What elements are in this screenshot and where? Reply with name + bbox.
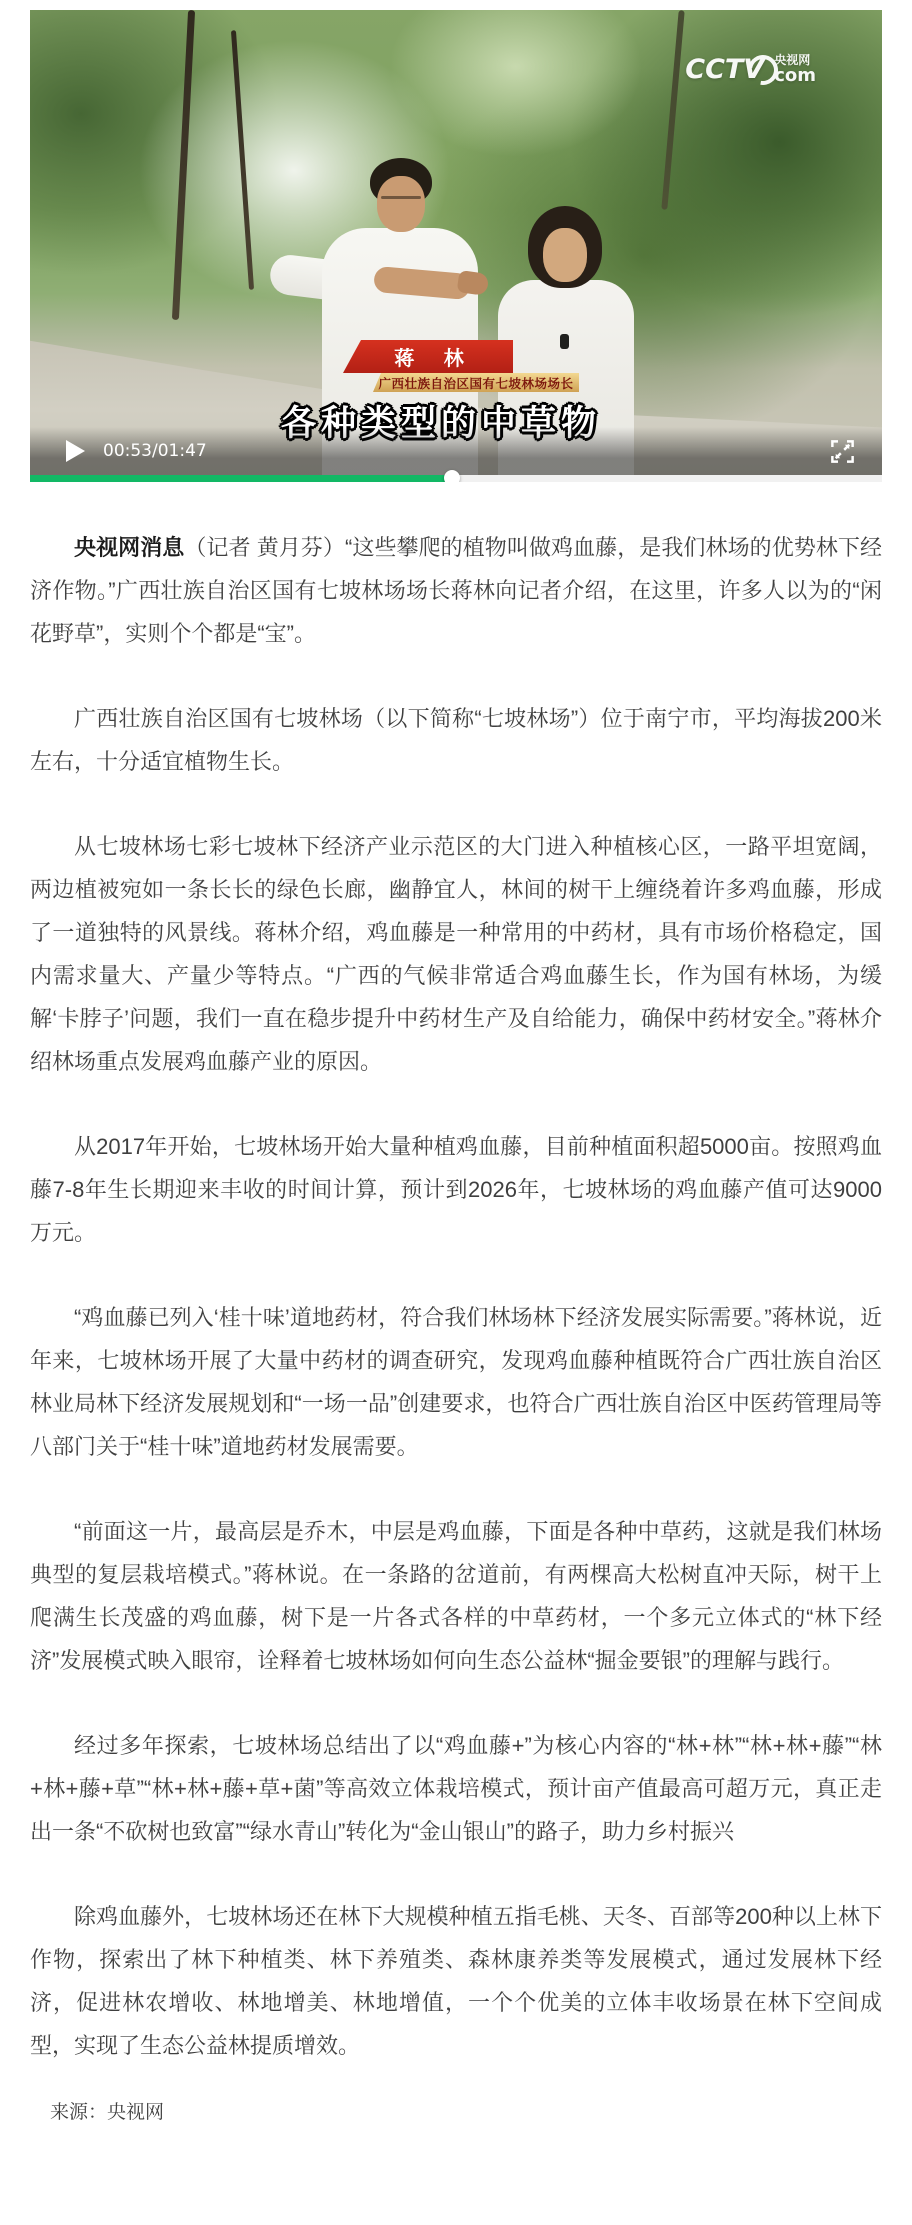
play-button[interactable] — [66, 440, 85, 462]
speaker-name-tag: 蒋 林 广西壮族自治区国有七坡林场场长 — [343, 340, 579, 392]
speaker-face — [377, 176, 425, 232]
time-display: 00:53/01:47 — [103, 441, 207, 461]
progress-handle[interactable] — [444, 470, 460, 482]
paragraph: “前面这一片，最高层是乔木，中层是鸡血藤，下面是各种中草药，这就是我们林场典型的… — [30, 1510, 882, 1682]
speaker-title: 广西壮族自治区国有七坡林场场长 — [373, 373, 579, 392]
paragraph: “鸡血藤已列入‘桂十味’道地药材，符合我们林场林下经济发展实际需要。”蒋林说，近… — [30, 1296, 882, 1468]
paragraph: 经过多年探索，七坡林场总结出了以“鸡血藤+”为核心内容的“林+林”“林+林+藤”… — [30, 1724, 882, 1853]
paragraph: 广西壮族自治区国有七坡林场（以下简称“七坡林场”）位于南宁市，平均海拔200米左… — [30, 697, 882, 783]
paragraph: 从七坡林场七彩七坡林下经济产业示范区的大门进入种植核心区，一路平坦宽阔，两边植被… — [30, 825, 882, 1083]
video-control-bar: 00:53/01:47 — [30, 427, 882, 475]
speaker-hand — [457, 270, 490, 296]
article-lead-label: 央视网消息 — [74, 535, 184, 560]
paragraph: 从2017年开始，七坡林场开始大量种植鸡血藤，目前种植面积超5000亩。按照鸡血… — [30, 1125, 882, 1254]
fullscreen-button[interactable] — [829, 438, 856, 465]
article-body: 央视网消息（记者 黄月芬）“这些攀爬的植物叫做鸡血藤，是我们林场的优势林下经济作… — [0, 482, 912, 2067]
video-player[interactable]: CCTV 央视网 com 蒋 林 广西壮族自治区国有七坡林场场长 各种类型的中草… — [30, 10, 882, 482]
article-source: 来源：央视网 — [0, 2097, 912, 2148]
speaker-glasses — [381, 196, 421, 199]
cctv-logo-com-label: com — [774, 67, 816, 86]
cctv-watermark-logo: CCTV 央视网 com — [685, 54, 816, 85]
progress-played — [30, 475, 452, 482]
progress-bar[interactable] — [30, 475, 882, 482]
reporter-face — [543, 228, 587, 282]
paragraph: 除鸡血藤外，七坡林场还在林下大规模种植五指毛桃、天冬、百部等200种以上林下作物… — [30, 1895, 882, 2067]
paragraph: 央视网消息（记者 黄月芬）“这些攀爬的植物叫做鸡血藤，是我们林场的优势林下经济作… — [30, 526, 882, 655]
speaker-name: 蒋 林 — [343, 340, 513, 373]
